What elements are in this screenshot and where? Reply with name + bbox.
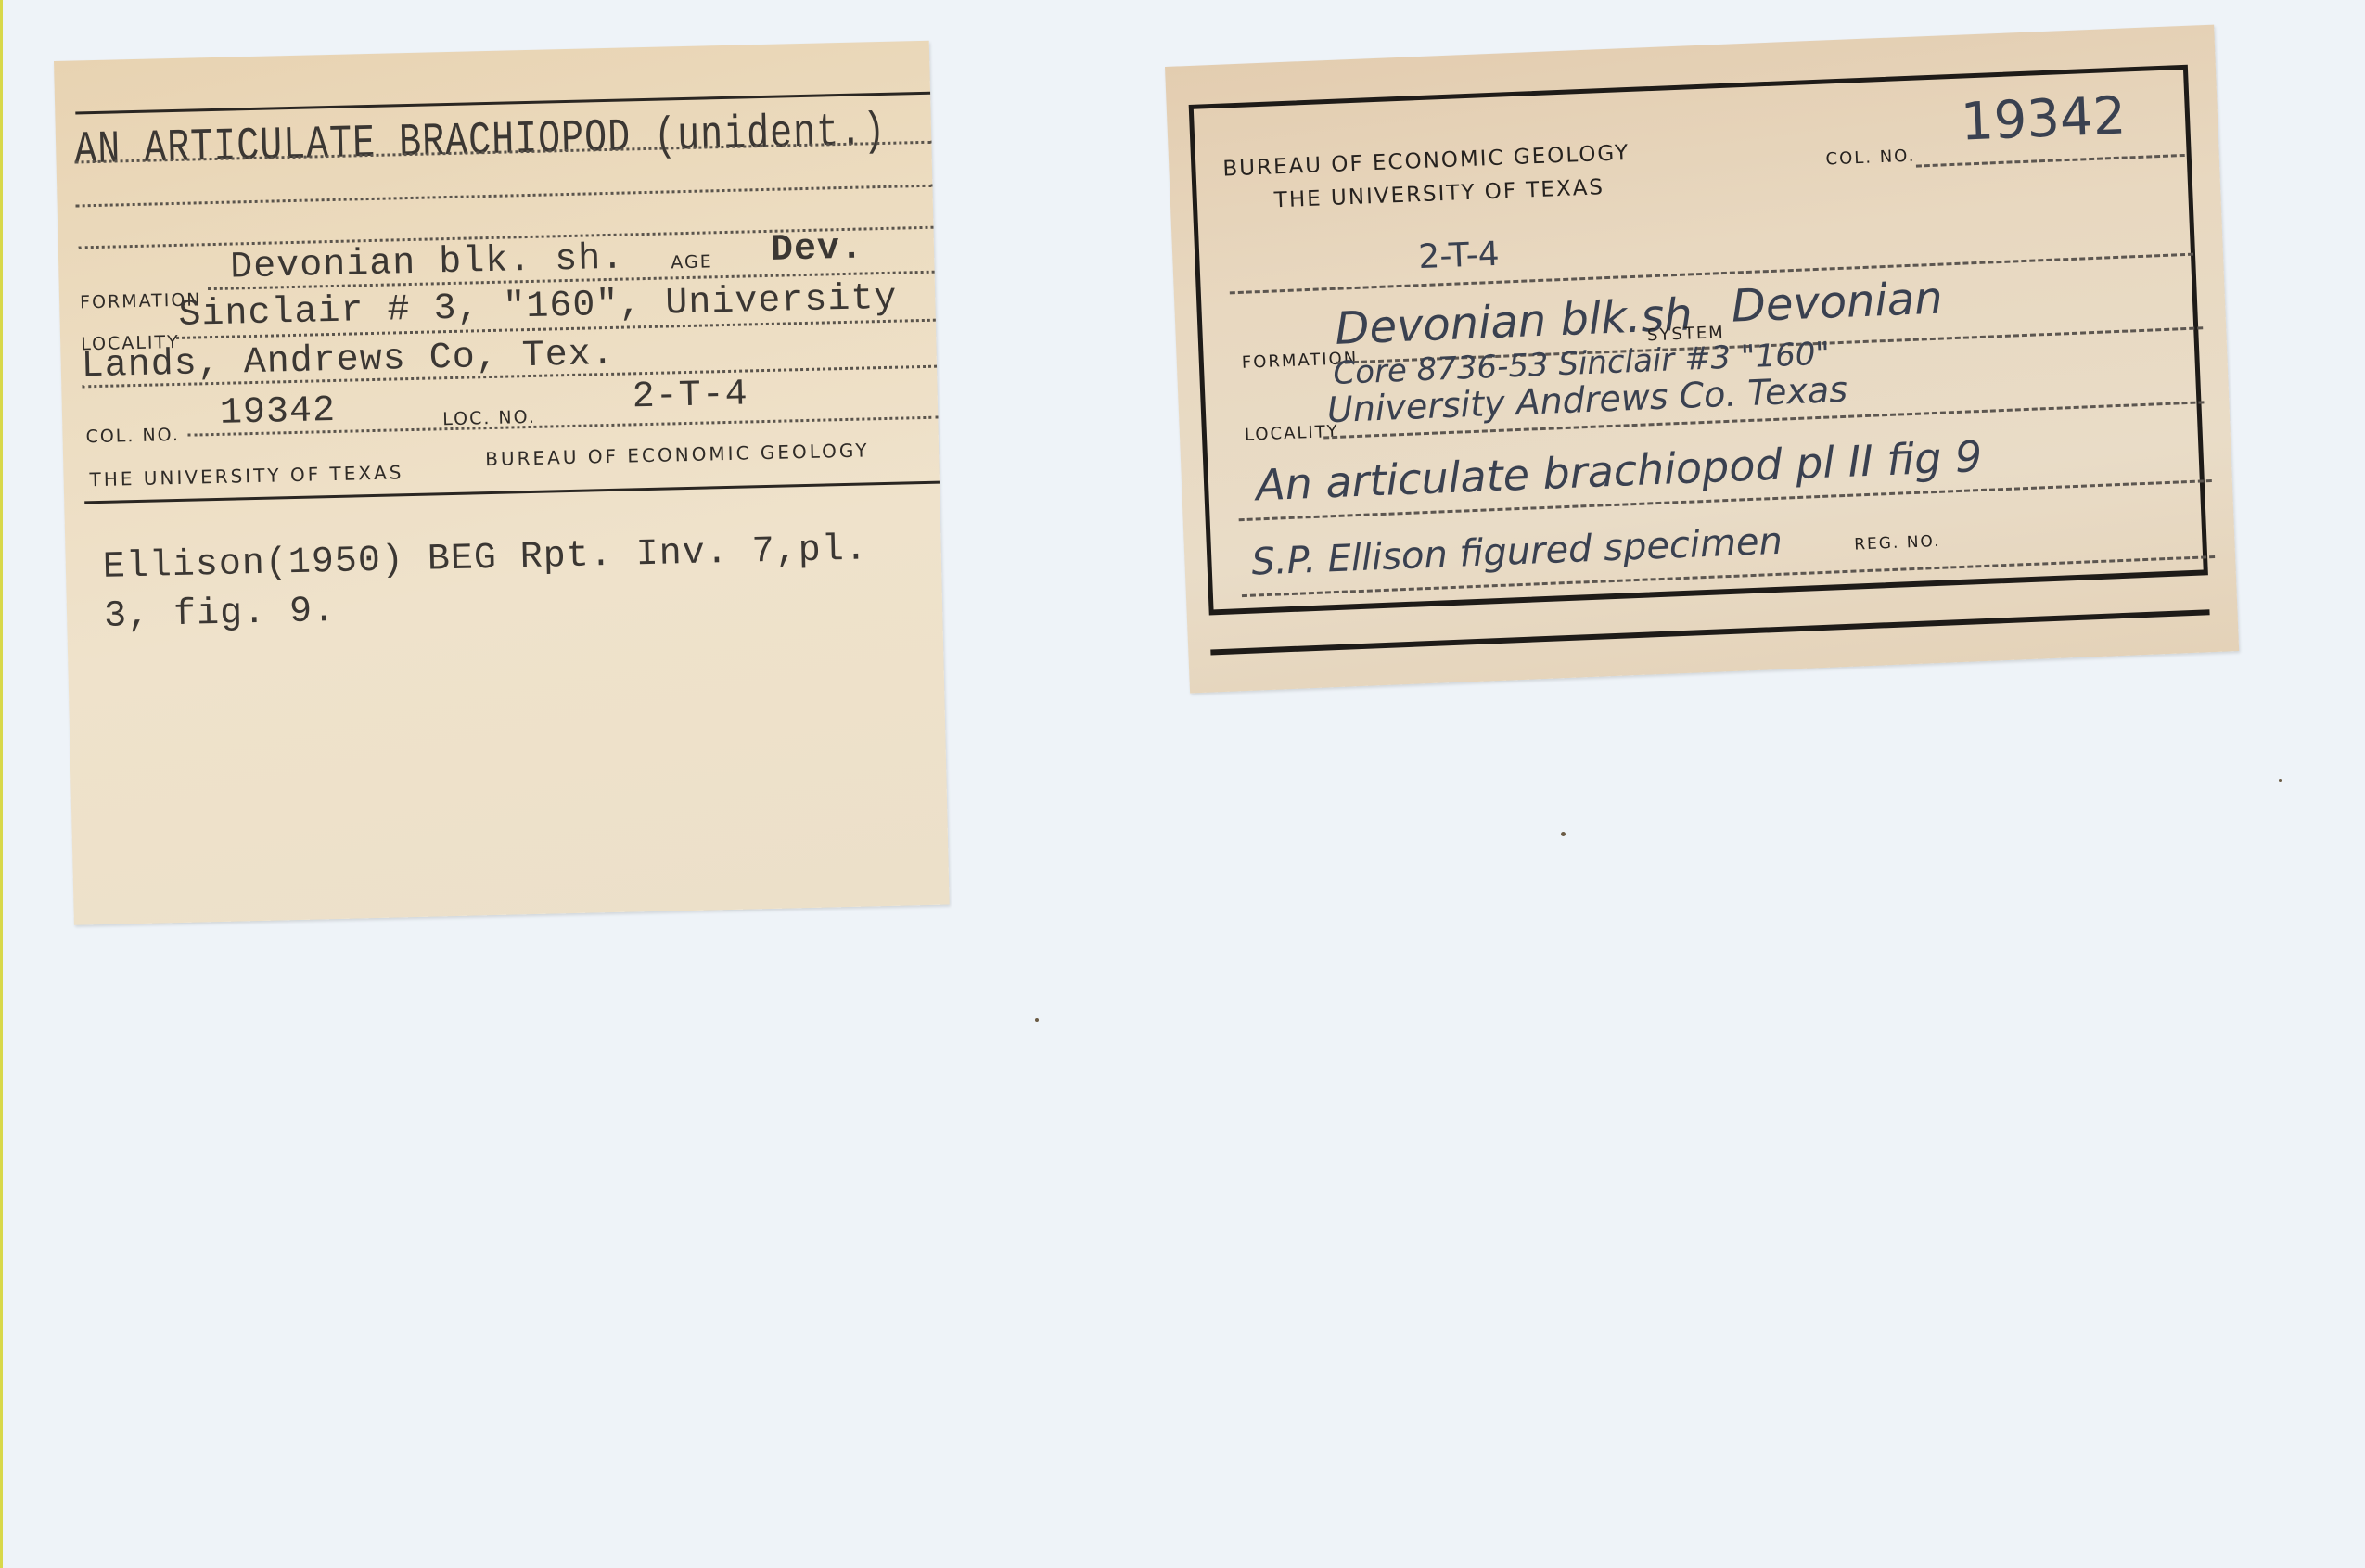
- dust-speck: [1035, 1018, 1039, 1022]
- reference-line-2: 3, fig. 9.: [104, 591, 337, 638]
- footer-bureau: BUREAU OF ECONOMIC GEOLOGY: [485, 439, 870, 470]
- system-value: Devonian: [1731, 273, 1944, 333]
- loc-value: 2-T-4: [1418, 236, 1501, 276]
- loc-no-value: 2-T-4: [632, 374, 748, 418]
- handwritten-specimen-label-card: BUREAU OF ECONOMIC GEOLOGY THE UNIVERSIT…: [1165, 25, 2239, 694]
- dust-speck: [2279, 779, 2282, 782]
- col-no-value: 19342: [1960, 85, 2128, 152]
- reference-line-1: Ellison(1950) BEG Rpt. Inv. 7,pl.: [102, 529, 868, 588]
- locality-label: LOCALITY: [1245, 422, 1340, 445]
- dust-speck: [1561, 832, 1566, 836]
- scan-edge: [0, 0, 3, 1568]
- reg-no-label: REG. NO.: [1854, 532, 1941, 555]
- blank-dotted-line: [76, 185, 933, 208]
- col-no-value: 19342: [219, 390, 336, 435]
- col-no-label: COL. NO.: [85, 425, 180, 447]
- outer-bottom-rule: [1210, 609, 2209, 655]
- age-label: AGE: [671, 251, 713, 273]
- footer-university: THE UNIVERSITY OF TEXAS: [89, 461, 403, 491]
- typed-specimen-label-card: AN ARTICULATE BRACHIOPOD (unident.) FORM…: [54, 41, 950, 925]
- species-title: AN ARTICULATE BRACHIOPOD (unident.): [74, 107, 887, 178]
- age-value: Dev.: [770, 227, 863, 271]
- col-no-label: COL. NO.: [1825, 147, 1916, 170]
